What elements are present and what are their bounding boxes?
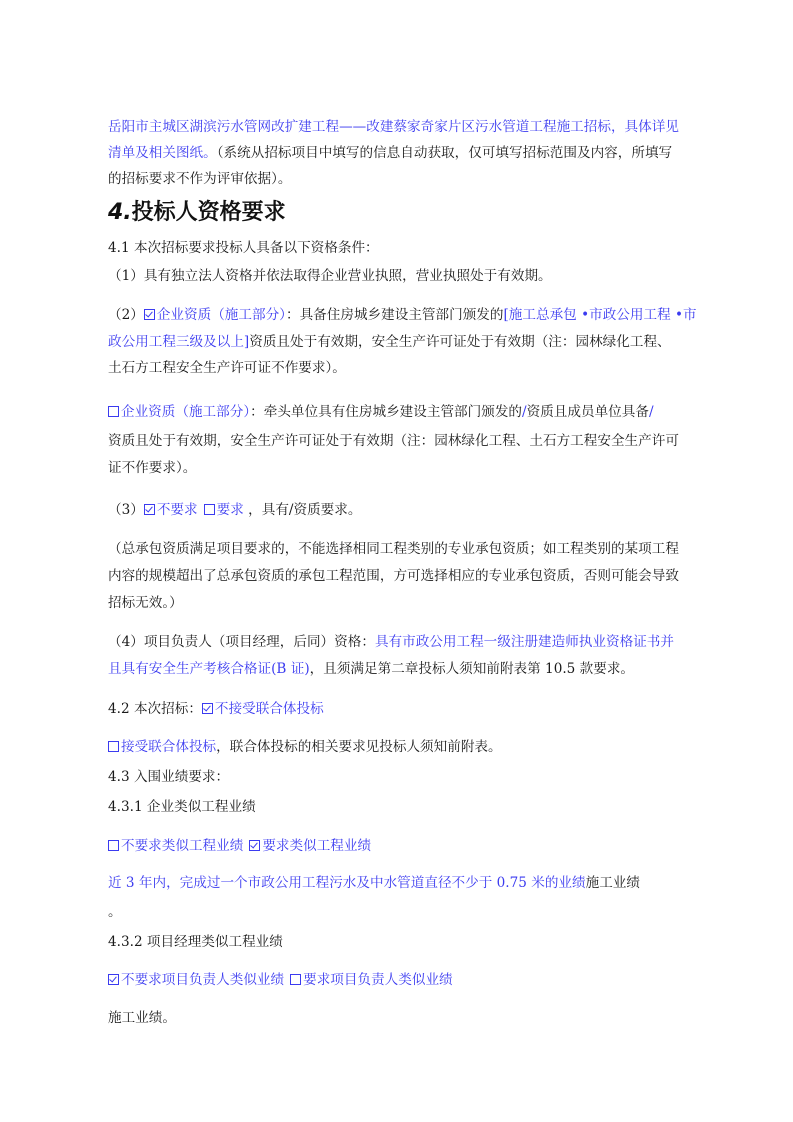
option-accept-consortium: 接受联合体投标 (121, 739, 216, 755)
item-4-line-2: 且具有安全生产考核合格证(B 证)，且须满足第二章投标人须知前附表第 10.5 … (108, 659, 634, 679)
performance-requirement-text: 近 3 年内，完成过一个市政公用工程污水及中水管道直径不少于 0.75 米的业绩 (108, 875, 586, 891)
option-required: 要求 (217, 502, 244, 518)
clause-4-3-1: 4.3.1 企业类似工程业绩 (108, 797, 256, 817)
item-2-text: ：具备住房城乡建设主管部门颁发的 (286, 307, 504, 323)
note-line-2: 内容的规模超出了总承包资质的承包工程范围，方可选择相应的专业承包资质，否则可能会… (108, 566, 679, 586)
intro-line-2: 清单及相关图纸。（系统从招标项目中填写的信息自动获取，仅可填写招标范围及内容，所… (108, 143, 672, 163)
note-line-1: （总承包资质满足项目要求的，不能选择相同工程类别的专业承包资质；如工程类别的某项… (108, 539, 679, 559)
checkbox-checked-icon[interactable] (249, 840, 260, 851)
performance-trailing: 。 (108, 902, 122, 922)
checkbox-checked-icon[interactable] (144, 504, 155, 515)
checkbox-unchecked-icon[interactable] (290, 974, 301, 985)
item-2-alt-line-3: 证不作要求）。 (108, 458, 196, 478)
qualification-label: 企业资质（施工部分） (157, 307, 286, 323)
qualification-list-cont: 政公用工程三级及以上] (108, 334, 249, 350)
section-title: 投标人资格要求 (132, 200, 286, 225)
item-2-line-3: 土石方工程安全生产许可证不作要求）。 (108, 358, 346, 378)
section-number: 4. (108, 200, 132, 225)
item-2-alt-text: ：牵头单位具有住房城乡建设主管部门颁发的 (250, 404, 522, 420)
manager-qualification: 具有市政公用工程一级注册建造师执业资格证书并 (375, 634, 674, 650)
clause-4-2-prefix: 4.2 本次招标： (108, 701, 202, 717)
option-no-consortium: 不接受联合体投标 (215, 701, 324, 717)
intro-line-3: 的招标要求不作为评审依据）。 (108, 169, 292, 189)
item-2-line-2: 政公用工程三级及以上]资质且处于有效期，安全生产许可证处于有效期（注：园林绿化工… (108, 332, 671, 352)
item-1: （1）具有独立法人资格并依法取得企业营业执照，营业执照处于有效期。 (108, 266, 552, 286)
item-3-suffix: ，具有/资质要求。 (244, 502, 362, 518)
joint-qualification-label: 企业资质（施工部分） (121, 404, 250, 420)
note-line-3: 招标无效。） (108, 593, 183, 613)
clause-4-2: 4.2 本次招标：不接受联合体投标 (108, 699, 324, 719)
checkbox-checked-icon[interactable] (202, 703, 213, 714)
performance-type: 施工业绩 (586, 875, 640, 891)
item-3: （3）不要求要求 ，具有/资质要求。 (108, 500, 361, 520)
system-note-cont: 的招标要求不作为评审依据）。 (108, 171, 292, 187)
clause-4-3-2-trailing: 施工业绩。 (108, 1008, 176, 1028)
checkbox-checked-icon[interactable] (144, 309, 155, 320)
item-2-alt-text-2: 资质且成员单位具备 (527, 404, 649, 420)
clause-4-1: 4.1 本次招标要求投标人具备以下资格条件： (108, 238, 379, 258)
clause-4-3: 4.3 入围业绩要求： (108, 767, 229, 787)
project-scope-text-cont: 清单及相关图纸。 (108, 145, 217, 161)
checkbox-unchecked-icon[interactable] (108, 840, 119, 851)
clause-4-3-2-options: 不要求项目负责人类似业绩要求项目负责人类似业绩 (108, 970, 453, 990)
checkbox-unchecked-icon[interactable] (108, 406, 119, 417)
system-note: （系统从招标项目中填写的信息自动获取，仅可填写招标范围及内容，所填写 (217, 145, 672, 161)
qualification-list: [施工总承包 •市政公用工程 •市 (503, 307, 696, 323)
checkbox-checked-icon[interactable] (108, 974, 119, 985)
item-2-prefix: （2） (108, 307, 144, 323)
option-manager-performance: 要求项目负责人类似业绩 (303, 972, 453, 988)
clause-4-3-1-options: 不要求类似工程业绩要求类似工程业绩 (108, 836, 371, 856)
intro-line-1: 岳阳市主城区湖滨污水管网改扩建工程——改建蔡家奇家片区污水管道工程施工招标，具体… (108, 117, 679, 137)
manager-qualification-cont: 且具有安全生产考核合格证(B 证) (108, 661, 310, 677)
item-2-alt: 企业资质（施工部分）：牵头单位具有住房城乡建设主管部门颁发的/资质且成员单位具备… (108, 402, 654, 422)
performance-requirement: 近 3 年内，完成过一个市政公用工程污水及中水管道直径不少于 0.75 米的业绩… (108, 873, 640, 893)
item-2-text-2: 资质且处于有效期，安全生产许可证处于有效期（注：园林绿化工程、 (249, 334, 670, 350)
checkbox-unchecked-icon[interactable] (108, 741, 119, 752)
project-scope-text: 岳阳市主城区湖滨污水管网改扩建工程——改建蔡家奇家片区污水管道工程施工招标，具体… (108, 119, 679, 135)
item-2: （2）企业资质（施工部分）：具备住房城乡建设主管部门颁发的[施工总承包 •市政公… (108, 305, 697, 325)
member-qualification-blank: / (649, 404, 654, 420)
item-2-alt-line-2: 资质且处于有效期，安全生产许可证处于有效期（注：园林绿化工程、土石方工程安全生产… (108, 431, 679, 451)
option-similar-performance: 要求类似工程业绩 (262, 838, 371, 854)
item-3-prefix: （3） (108, 502, 144, 518)
consortium-note: ，联合体投标的相关要求见投标人须知前附表。 (216, 739, 501, 755)
clause-4-2-alt: 接受联合体投标，联合体投标的相关要求见投标人须知前附表。 (108, 737, 502, 757)
clause-4-3-2: 4.3.2 项目经理类似工程业绩 (108, 932, 283, 952)
item-4: （4）项目负责人（项目经理，后同）资格：具有市政公用工程一级注册建造师执业资格证… (108, 632, 674, 652)
option-no-manager-performance: 不要求项目负责人类似业绩 (121, 972, 284, 988)
option-not-required: 不要求 (157, 502, 198, 518)
section-heading: 4.投标人资格要求 (108, 198, 286, 228)
checkbox-unchecked-icon[interactable] (204, 504, 215, 515)
item-4-prefix: （4）项目负责人（项目经理，后同）资格： (108, 634, 375, 650)
option-no-similar-performance: 不要求类似工程业绩 (121, 838, 243, 854)
item-4-suffix: ，且须满足第二章投标人须知前附表第 10.5 款要求。 (310, 661, 634, 677)
